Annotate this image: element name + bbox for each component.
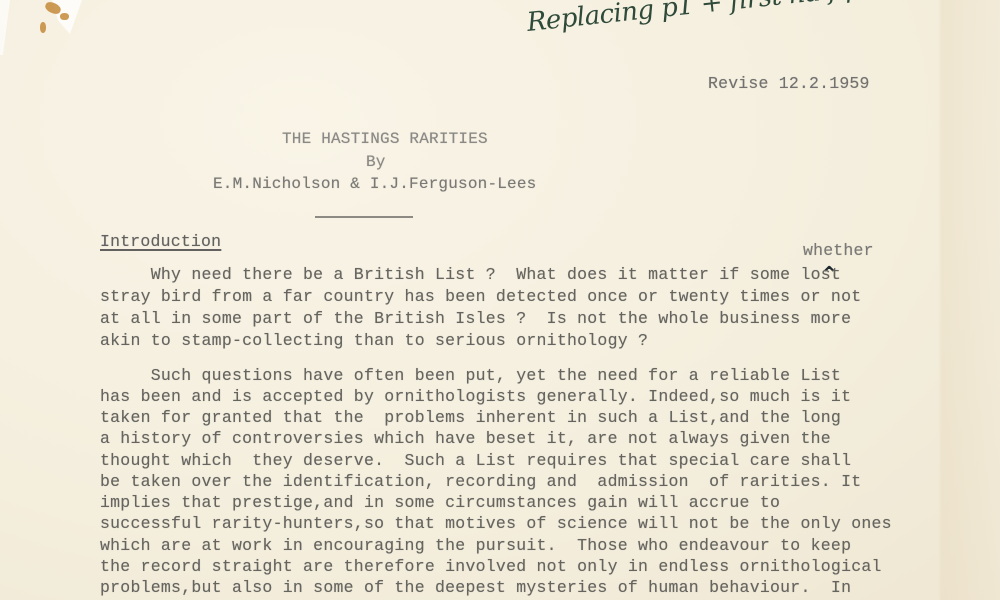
- paragraph-2-line: problems,but also in some of the deepest…: [100, 578, 851, 597]
- paragraph-2-line: be taken over the identification, record…: [100, 472, 861, 491]
- paragraph-2-line: successful rarity-hunters,so that motive…: [100, 514, 892, 533]
- handwritten-annotation: Replacing p1 + first half p2 of earlier …: [525, 0, 1000, 38]
- paragraph-2-line: thought which they deserve. Such a List …: [100, 451, 851, 470]
- paragraph-1-line: at all in some part of the British Isles…: [100, 309, 851, 328]
- revision-date: Revise 12.2.1959: [708, 74, 870, 93]
- paragraph-2-line: which are at work in encouraging the pur…: [100, 536, 851, 555]
- paragraph-2-line: taken for granted that the problems inhe…: [100, 408, 841, 427]
- document-title: THE HASTINGS RARITIES: [282, 130, 488, 148]
- paragraph-1-line: stray bird from a far country has been d…: [100, 287, 861, 306]
- paragraph-2-line: the record straight are therefore involv…: [100, 557, 882, 576]
- rust-stain: [60, 13, 69, 20]
- handwritten-insertion: whether: [803, 241, 874, 260]
- paragraph-1-line: Why need there be a British List ? What …: [100, 265, 841, 284]
- authors: E.M.Nicholson & I.J.Ferguson-Lees: [213, 175, 536, 193]
- rust-stain: [40, 22, 46, 33]
- paragraph-2-line: a history of controversies which have be…: [100, 429, 831, 448]
- paragraph-2-line: Such questions have often been put, yet …: [100, 366, 841, 385]
- paragraph-1-line: akin to stamp-collecting than to serious…: [100, 331, 648, 350]
- byline: By: [366, 153, 386, 171]
- torn-edge-left: [0, 0, 10, 55]
- title-divider: [315, 216, 413, 218]
- paragraph-2-line: implies that prestige,and in some circum…: [100, 493, 780, 512]
- section-heading: Introduction: [100, 232, 221, 251]
- typed-page: Replacing p1 + first half p2 of earlier …: [0, 0, 1000, 600]
- paragraph-2-line: has been and is accepted by ornithologis…: [100, 387, 851, 406]
